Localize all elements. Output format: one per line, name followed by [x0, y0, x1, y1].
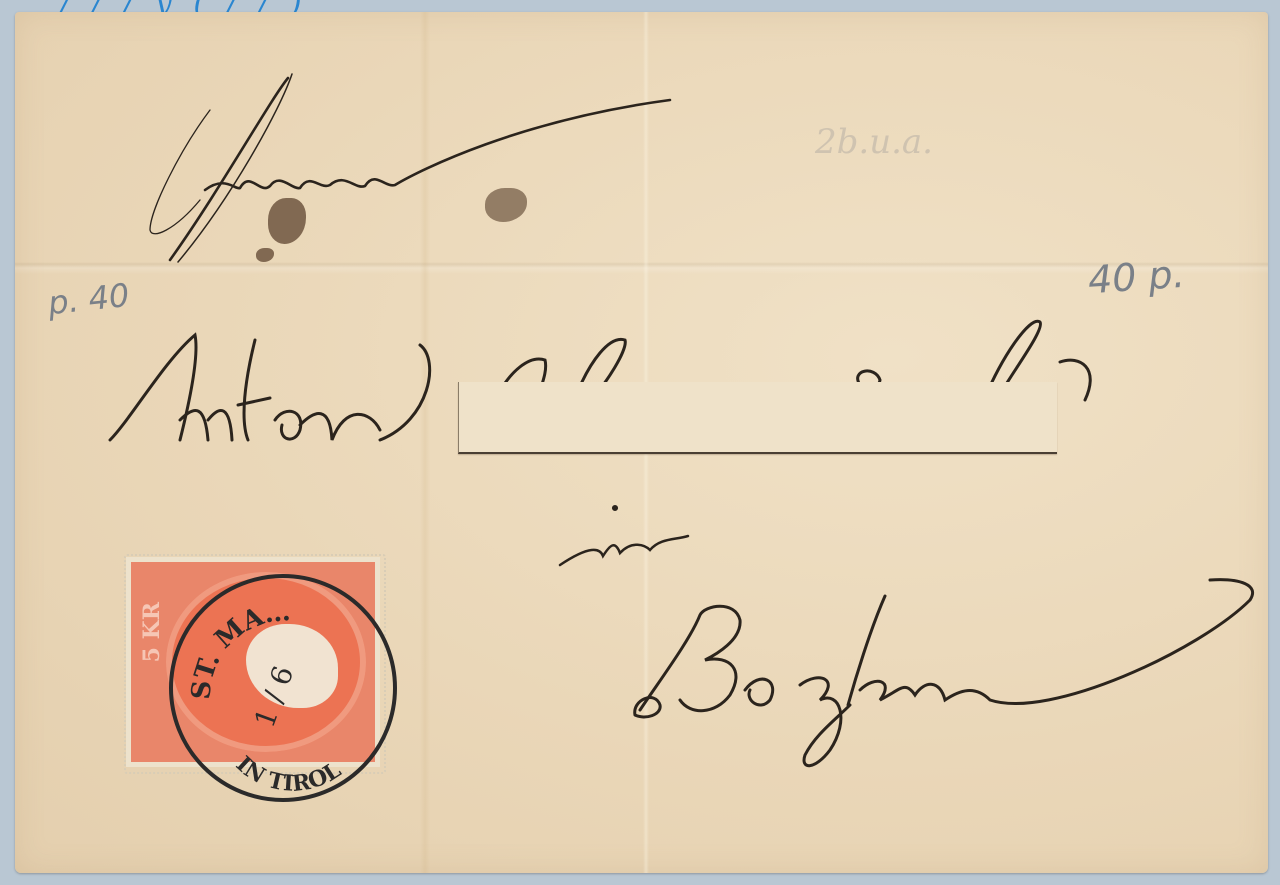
handwriting-herrn [150, 74, 670, 262]
svg-text:1 / 6: 1 / 6 [248, 662, 301, 732]
pencil-note-faint: 2b.u.a. [815, 122, 933, 162]
postmark-cancel: ST. MA… IN TIROL 1 / 6 [165, 570, 403, 806]
paper-strip-repair [458, 382, 1057, 454]
handwriting-in [560, 506, 688, 565]
stamp-denomination: 5 KR [139, 602, 165, 662]
pencil-note-right: 40 p. [1087, 252, 1186, 303]
handwriting-anton [110, 335, 430, 440]
handwriting-botzen [635, 580, 1253, 766]
